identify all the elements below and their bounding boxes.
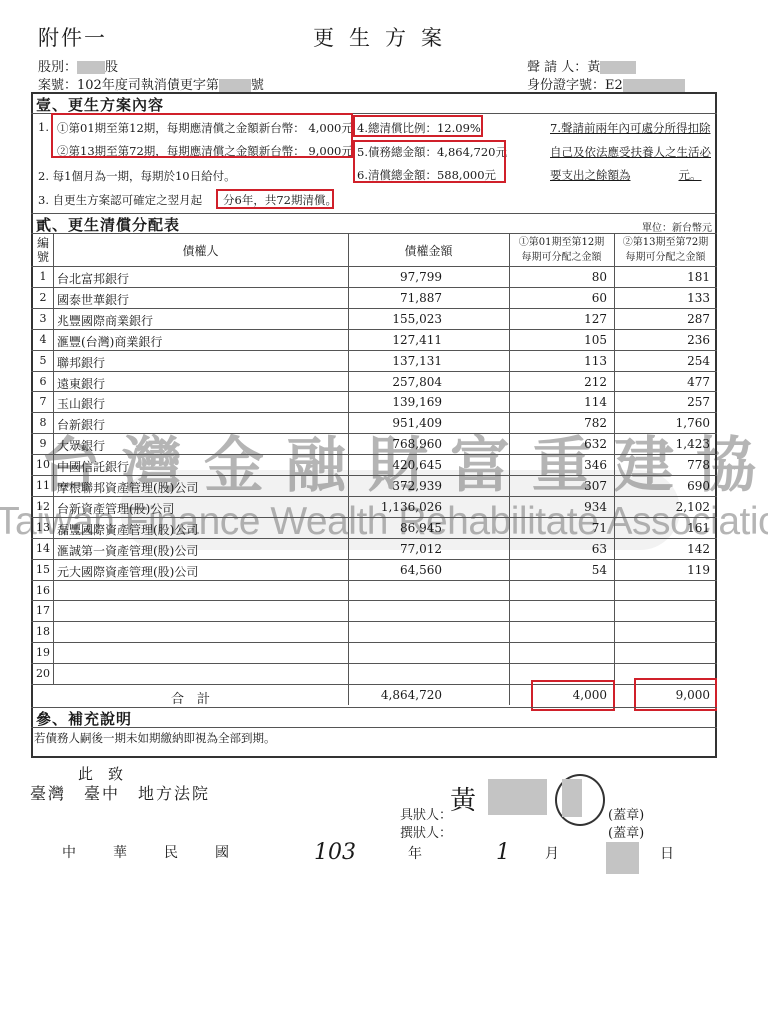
redacted-seal-name — [562, 779, 582, 817]
seal-label-1: (蓋章) — [608, 804, 644, 823]
redacted-case-number — [219, 79, 251, 92]
applicant-label: 聲 請 人：黃 — [527, 60, 600, 75]
section1-title: 壹、更生方案內容 — [36, 94, 164, 115]
row-number: 5 — [33, 354, 53, 367]
id-number-field: 身份證字號：E2 — [527, 74, 685, 93]
row-number: 12 — [33, 500, 53, 513]
creditor-name: 磊豐國際資產管理(股)公司 — [57, 521, 347, 538]
period1-amount: 60 — [509, 291, 607, 305]
currency-unit: 單位：新台幣元 — [642, 219, 712, 234]
item7-line3: 要支出之餘額為元。 — [550, 167, 710, 183]
highlight-debt-totals — [353, 140, 506, 183]
day-label: 日 — [660, 843, 674, 863]
period1-amount: 114 — [509, 395, 607, 409]
item2-payment-schedule: 2. 每1個月為一期，每期於10日給付。 — [38, 168, 236, 184]
claim-amount: 420,645 — [348, 458, 442, 472]
court-name: 臺灣 臺中 地方法院 — [30, 781, 210, 804]
period2-amount: 254 — [614, 354, 710, 368]
applicant-field: 聲 請 人：黃 — [527, 56, 636, 75]
claim-amount: 139,169 — [348, 395, 442, 409]
claim-amount: 77,012 — [348, 542, 442, 556]
period2-amount: 142 — [614, 542, 710, 556]
item1-number: 1. — [38, 120, 49, 134]
total-claim-amount: 4,864,720 — [348, 688, 442, 702]
division-field: 股別：股 — [38, 56, 118, 75]
creditor-name: 中國信託銀行 — [57, 458, 347, 475]
drafter-label: 撰狀人： — [400, 822, 452, 841]
row-number: 11 — [33, 479, 53, 492]
petitioner-label: 具狀人： — [400, 804, 452, 823]
case-label: 案號：102年度司執消債更字第 — [38, 78, 219, 93]
row-number: 1 — [33, 270, 53, 283]
division-label: 股別： — [38, 60, 77, 75]
item7-line1: 7.聲請前兩年內可處分所得扣除 — [550, 120, 710, 136]
creditor-name: 聯邦銀行 — [57, 354, 347, 371]
id-label: 身份證字號：E2 — [527, 78, 623, 93]
claim-amount: 86,945 — [348, 521, 442, 535]
attachment-label: 附件一 — [38, 22, 107, 52]
period2-amount: 287 — [614, 312, 710, 326]
period2-amount: 181 — [614, 270, 710, 284]
column-header-number: 編號 — [33, 236, 53, 264]
creditor-name: 國泰世華銀行 — [57, 291, 347, 308]
date-month: 1 — [496, 840, 510, 865]
period2-amount: 2,102 — [614, 500, 710, 514]
row-number: 14 — [33, 542, 53, 555]
period1-amount: 782 — [509, 416, 607, 430]
total-label: 合 計 — [33, 688, 348, 707]
claim-amount: 155,023 — [348, 312, 442, 326]
claim-amount: 97,799 — [348, 270, 442, 284]
supplementary-note: 若債務人嗣後一期未如期繳納即視為全部到期。 — [34, 730, 276, 746]
column-header-claim-amount: 債權金額 — [348, 242, 509, 259]
period2-amount: 477 — [614, 375, 710, 389]
redacted-day — [606, 842, 639, 874]
row-number: 13 — [33, 521, 53, 534]
claim-amount: 257,804 — [348, 375, 442, 389]
row-number: 9 — [33, 437, 53, 450]
highlight-plan-duration — [216, 189, 334, 209]
redacted-petitioner-name — [488, 779, 547, 815]
row-number: 7 — [33, 395, 53, 408]
row-number: 8 — [33, 416, 53, 429]
period2-amount: 778 — [614, 458, 710, 472]
date-era-label: 中 華 民 國 — [62, 842, 232, 862]
period1-amount: 113 — [509, 354, 607, 368]
highlight-repayment-ratio — [353, 115, 483, 137]
petitioner-signature: 黃 — [450, 780, 476, 817]
case-suffix: 號 — [251, 78, 264, 93]
column-header-period1: ①第01期至第12期每期可分配之金額 — [509, 235, 614, 265]
period1-amount: 80 — [509, 270, 607, 284]
highlight-installment-amounts — [51, 113, 353, 158]
claim-amount: 64,560 — [348, 563, 442, 577]
period2-amount: 257 — [614, 395, 710, 409]
creditor-name: 遠東銀行 — [57, 375, 347, 392]
row-number: 19 — [33, 646, 53, 659]
claim-amount: 137,131 — [348, 354, 442, 368]
creditor-name: 大眾銀行 — [57, 437, 347, 454]
claim-amount: 768,960 — [348, 437, 442, 451]
section3-title: 參、補充說明 — [36, 708, 132, 729]
creditor-name: 玉山銀行 — [57, 395, 347, 412]
row-number: 15 — [33, 563, 53, 576]
claim-amount: 372,939 — [348, 479, 442, 493]
month-label: 月 — [545, 843, 559, 863]
section2-title: 貳、更生清償分配表 — [36, 214, 180, 235]
creditor-name: 元大國際資產管理(股)公司 — [57, 563, 347, 580]
item7-line2: 自己及依法應受扶養人之生活必 — [550, 144, 711, 160]
claim-amount: 951,409 — [348, 416, 442, 430]
redacted-applicant-name — [600, 61, 636, 74]
claim-amount: 1,136,026 — [348, 500, 442, 514]
row-number: 3 — [33, 312, 53, 325]
creditor-name: 摩根聯邦資產管理(股)公司 — [57, 479, 347, 496]
row-number: 20 — [33, 667, 53, 680]
period1-amount: 71 — [509, 521, 607, 535]
row-number: 6 — [33, 375, 53, 388]
division-suffix: 股 — [105, 60, 118, 75]
period2-amount: 236 — [614, 333, 710, 347]
period2-amount: 1,760 — [614, 416, 710, 430]
period2-amount: 161 — [614, 521, 710, 535]
seal-label-2: (蓋章) — [608, 822, 644, 841]
redacted-division — [77, 61, 105, 74]
period1-amount: 346 — [509, 458, 607, 472]
period2-amount: 133 — [614, 291, 710, 305]
row-number: 17 — [33, 604, 53, 617]
period2-amount: 1,423 — [614, 437, 710, 451]
period1-amount: 127 — [509, 312, 607, 326]
row-number: 16 — [33, 584, 53, 597]
row-number: 4 — [33, 333, 53, 346]
period1-amount: 105 — [509, 333, 607, 347]
redacted-id-number — [623, 79, 685, 92]
period1-amount: 212 — [509, 375, 607, 389]
period1-amount: 54 — [509, 563, 607, 577]
period2-amount: 690 — [614, 479, 710, 493]
claim-amount: 127,411 — [348, 333, 442, 347]
document-title: 更生方案 — [313, 22, 457, 52]
year-label: 年 — [408, 843, 422, 863]
column-header-period2: ②第13期至第72期每期可分配之金額 — [614, 235, 717, 265]
case-number-field: 案號：102年度司執消債更字第號 — [38, 74, 264, 93]
row-number: 18 — [33, 625, 53, 638]
period1-amount: 934 — [509, 500, 607, 514]
period1-amount: 632 — [509, 437, 607, 451]
period1-amount: 63 — [509, 542, 607, 556]
creditor-name: 兆豐國際商業銀行 — [57, 312, 347, 329]
column-header-creditor: 債權人 — [53, 242, 348, 259]
creditor-name: 台新銀行 — [57, 416, 347, 433]
row-number: 2 — [33, 291, 53, 304]
date-year: 103 — [314, 840, 356, 865]
item3-start: 3. 自更生方案認可確定之翌月起 — [38, 192, 202, 208]
period2-amount: 119 — [614, 563, 710, 577]
creditor-name: 滙豐(台灣)商業銀行 — [57, 333, 347, 350]
creditor-name: 台新資產管理(股)公司 — [57, 500, 347, 517]
claim-amount: 71,887 — [348, 291, 442, 305]
creditor-name: 台北富邦銀行 — [57, 270, 347, 287]
period1-amount: 307 — [509, 479, 607, 493]
creditor-name: 滙誠第一資產管理(股)公司 — [57, 542, 347, 559]
row-number: 10 — [33, 458, 53, 471]
